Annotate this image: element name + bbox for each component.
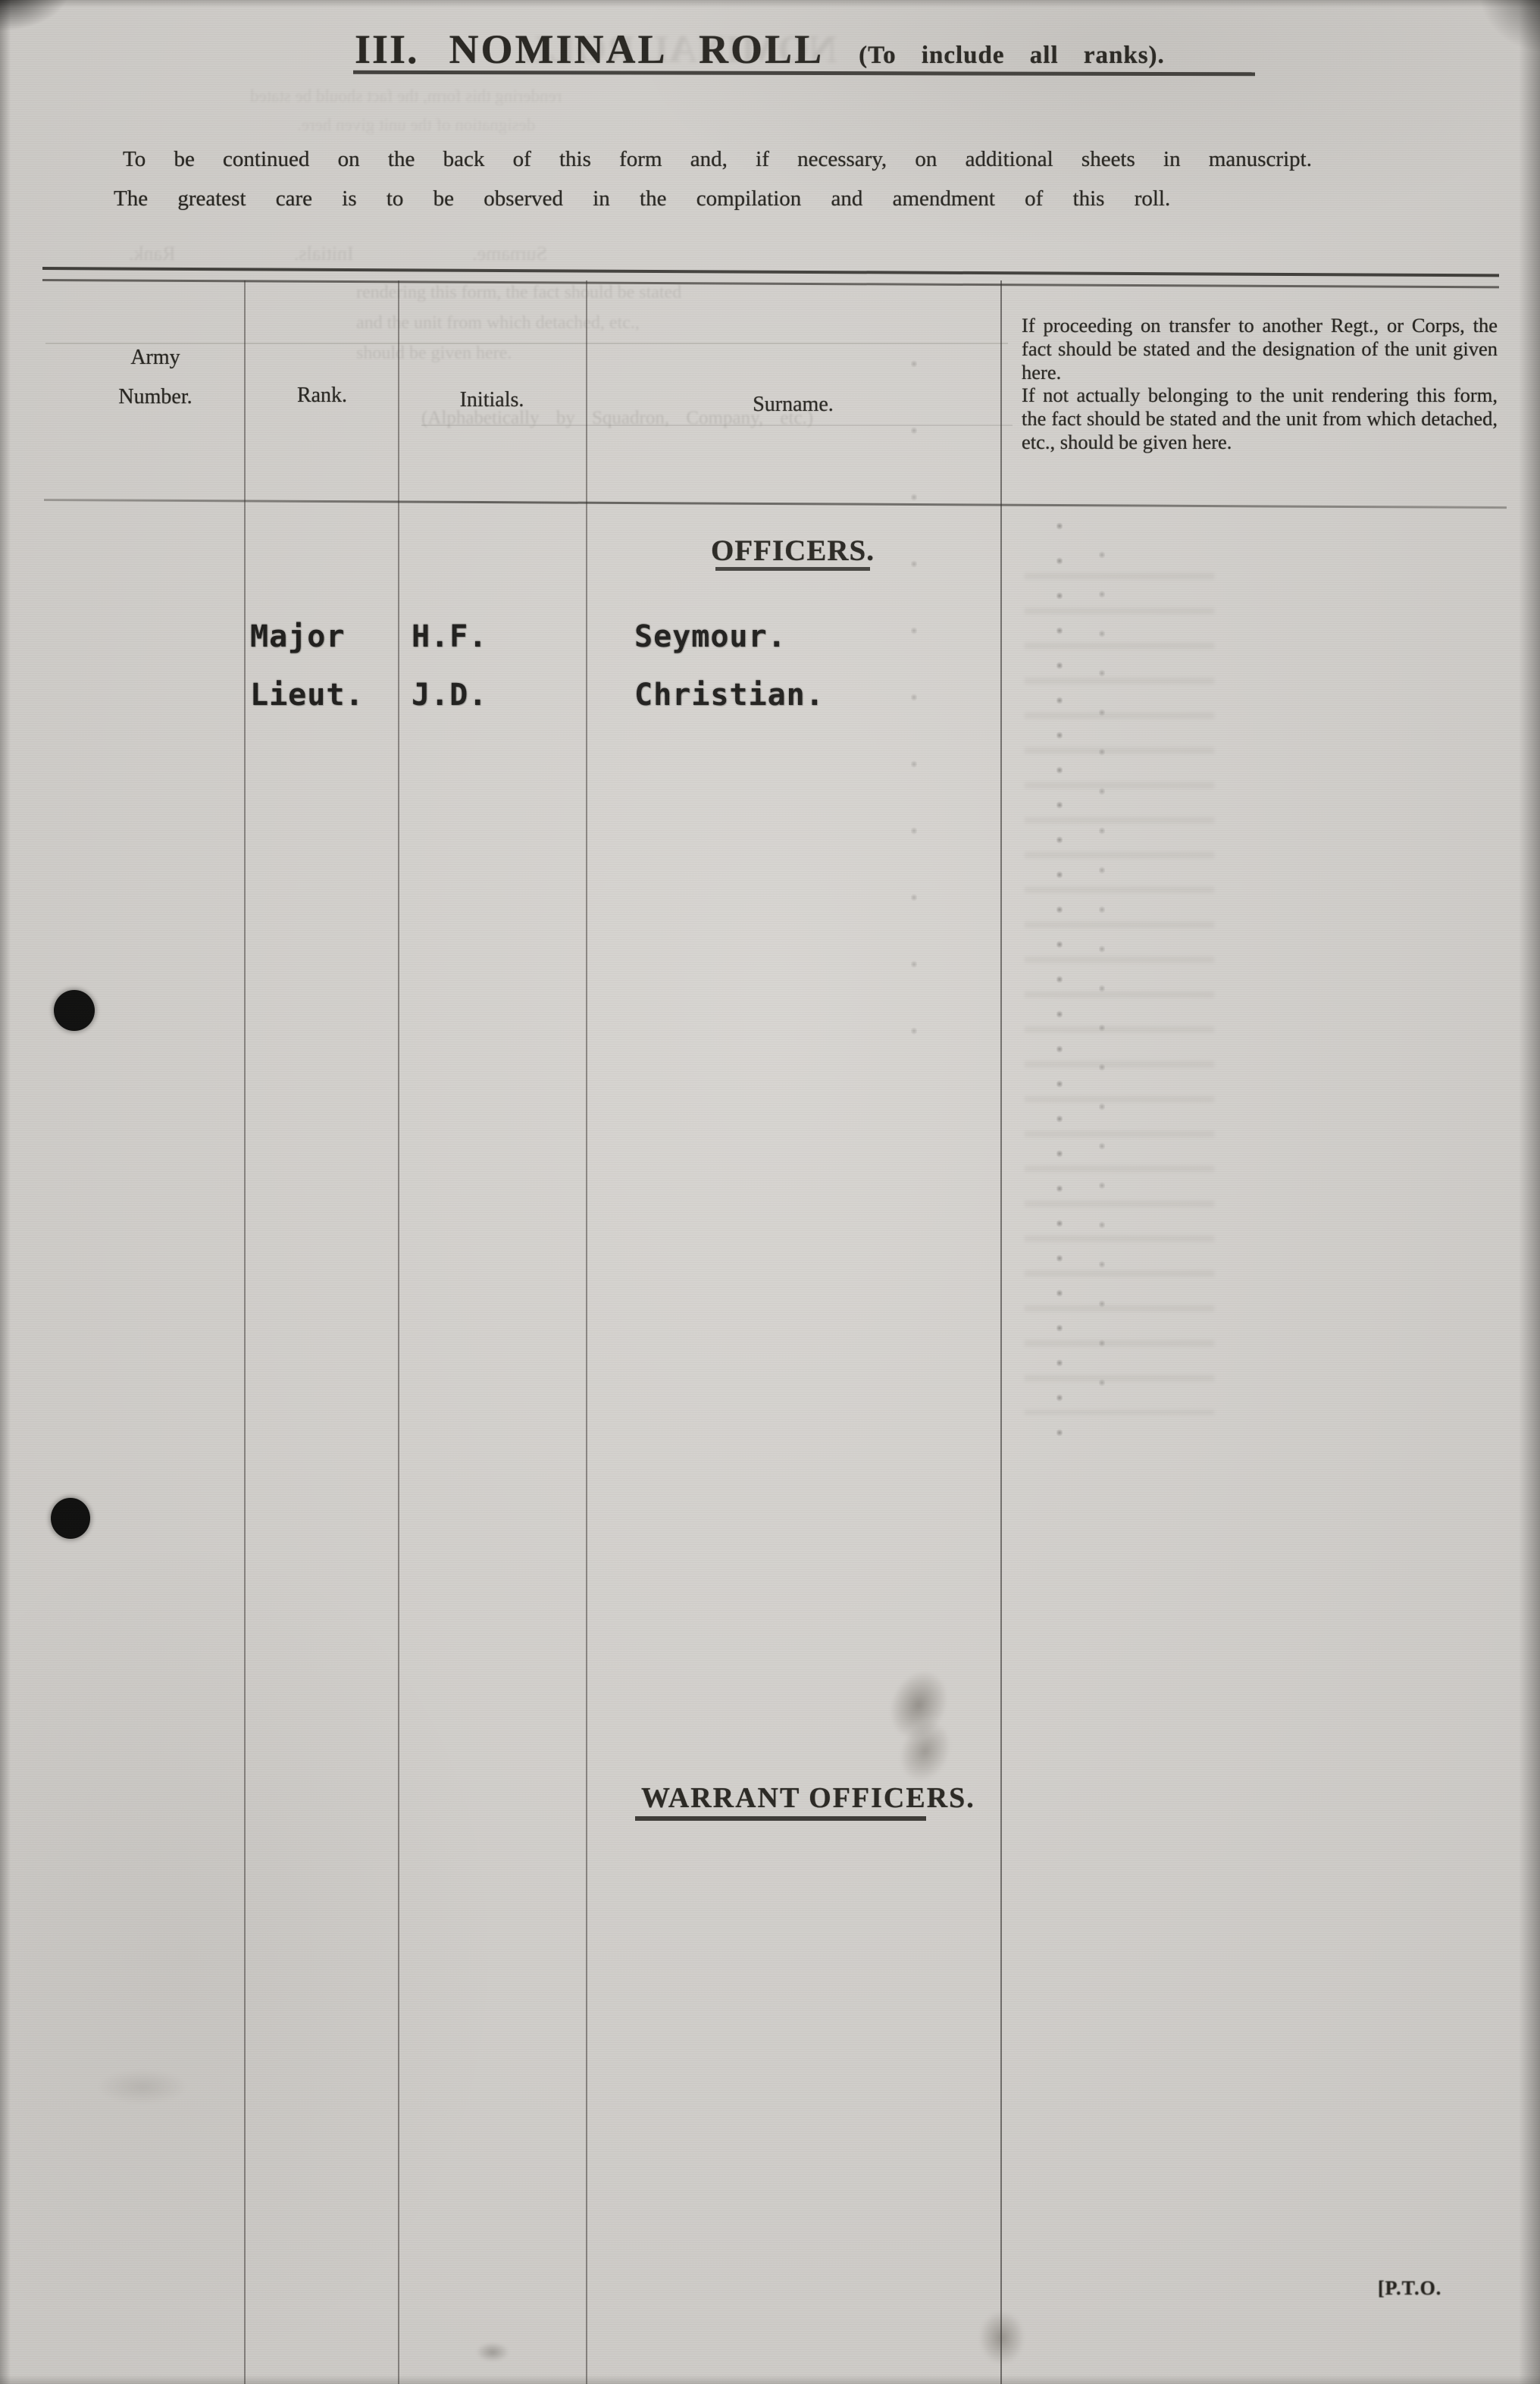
title-qualifier: (To include all ranks). [859,42,1165,70]
remarks-paragraph-2: If not actually belonging to the unit re… [1022,384,1498,453]
column-divider-initials-surname [586,280,587,2384]
column-header-army-number-line2: Number. [70,377,241,417]
column-header-initials: Initials. [405,388,578,412]
bleed-through-line: designation of the unit given here. [297,115,535,135]
remarks-paragraph-1: If proceeding on transfer to another Reg… [1022,314,1498,384]
punch-hole [54,990,95,1031]
header-bottom-rule [44,499,1507,509]
title-underline [353,70,1255,76]
section-heading-warrant-officers: WARRANT OFFICERS. [641,1781,923,1815]
column-divider-surname-remarks [1000,280,1002,2384]
ink-stain [853,1653,989,1797]
punch-hole [51,1498,90,1539]
scan-streak [421,424,1013,426]
row-initials: H.F. [412,622,487,652]
row-initials: J.D. [412,680,487,710]
form-title: III. NOMINAL ROLL (To include all ranks)… [355,26,1165,73]
header-double-rule [42,267,1499,288]
ink-stain [476,2342,509,2362]
scan-edge-left [0,0,11,2384]
bleed-through-line: rendering this form, the fact should be … [250,86,562,106]
bleed-through-specks [911,356,917,1084]
row-surname: Seymour. [634,622,787,652]
bleed-through-headers-mirror: Surname. Initials. Rank. [129,243,547,265]
column-divider-army-rank [244,280,246,2384]
scan-corner-top-left [0,0,70,32]
pencil-smudge [97,2069,188,2104]
section-number: III. [355,26,419,73]
row-rank: Lieut. [250,680,365,710]
please-turn-over-note: [P.T.O. [1378,2277,1441,2300]
scan-edge-bottom [0,2375,1540,2384]
column-header-rank: Rank. [252,384,393,408]
column-divider-rank-initials [398,280,399,2384]
bleed-through-line: and the unit from which detached, etc., [356,308,872,338]
row-surname: Christian. [634,680,825,710]
section-heading-officers: OFFICERS. [679,534,906,568]
scan-corner-top-right [1478,0,1540,53]
ink-stain [979,2310,1025,2365]
bleed-through-specks [1025,573,1214,1414]
page-title: NOMINAL ROLL [449,26,825,73]
column-header-surname: Surname. [593,393,993,417]
bleed-through-offset-block: rendering this form, the fact should be … [356,277,872,368]
column-header-army-number: Army Number. [70,338,241,417]
column-header-army-number-line1: Army [70,338,241,377]
scan-edge-top [0,0,1540,8]
scanned-nominal-roll-form: NOMINAL ROLL rendering this form, the fa… [0,0,1540,2384]
section-heading-underline [715,567,870,571]
instructions-line-1: To be continued on the back of this form… [123,147,1312,172]
scan-edge-right [1519,0,1540,2384]
instructions-line-2: The greatest care is to be observed in t… [114,186,1170,211]
section-heading-underline [635,1816,926,1821]
row-rank: Major [250,622,345,652]
column-header-remarks: If proceeding on transfer to another Reg… [1022,314,1498,454]
